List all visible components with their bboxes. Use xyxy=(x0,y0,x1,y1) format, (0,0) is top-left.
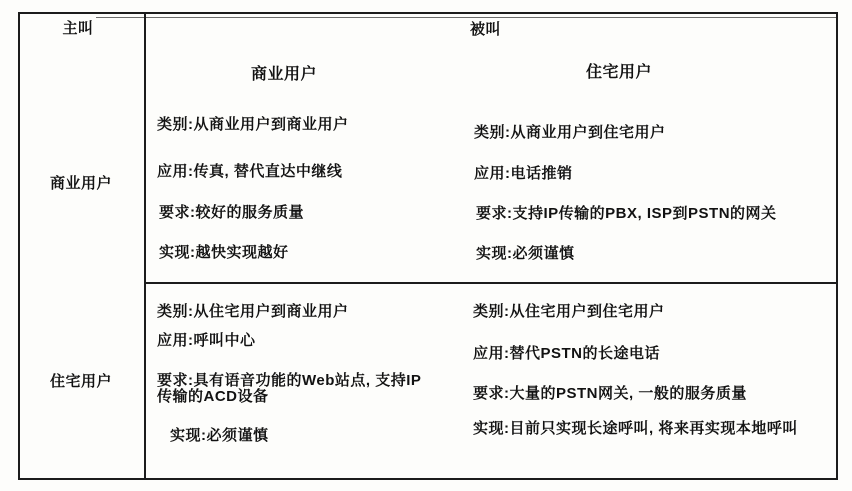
cell-line-requirement: 要求:大量的PSTN网关, 一般的服务质量 xyxy=(473,385,747,403)
cell-line-requirement: 要求:支持IP传输的PBX, ISP到PSTN的网关 xyxy=(476,205,777,223)
top-rule-artifact xyxy=(96,17,836,18)
cell-line-implementation: 实现:越快实现越好 xyxy=(159,244,289,262)
column-header-residential: 住宅用户 xyxy=(586,64,652,82)
cell-line-application: 应用:替代PSTN的长途电话 xyxy=(473,345,660,363)
cell-line-requirement: 要求:较好的服务质量 xyxy=(159,204,304,222)
cell-line-category: 类别:从住宅用户到商业用户 xyxy=(157,303,349,321)
cell-line-category: 类别:从住宅用户到住宅用户 xyxy=(473,303,665,321)
callee-header-label: 被叫 xyxy=(470,21,501,39)
cell-line-implementation: 实现:必须谨慎 xyxy=(476,245,575,263)
cell-line-implementation: 实现:目前只实现长途呼叫, 将来再实现本地呼叫 xyxy=(473,420,798,438)
column-header-business: 商业用户 xyxy=(251,66,317,84)
cell-line-implementation: 实现:必须谨慎 xyxy=(170,427,269,445)
scanned-table-page: 主叫 被叫 商业用户 住宅用户 商业用户 住宅用户 类别:从商业用户到商业用户 … xyxy=(0,0,852,491)
cell-line-application: 应用:呼叫中心 xyxy=(157,332,256,350)
caller-header-label: 主叫 xyxy=(18,20,138,38)
row-header-residential: 住宅用户 xyxy=(18,373,144,391)
cell-line-category: 类别:从商业用户到商业用户 xyxy=(157,116,349,134)
cell-line-requirement: 要求:具有语音功能的Web站点, 支持IP传输的ACD设备 xyxy=(157,373,429,405)
cell-line-category: 类别:从商业用户到住宅用户 xyxy=(474,124,666,142)
horizontal-divider xyxy=(146,282,838,284)
table-frame xyxy=(18,12,838,480)
cell-line-application: 应用:电话推销 xyxy=(474,165,573,183)
cell-line-application: 应用:传真, 替代直达中继线 xyxy=(157,163,342,181)
row-header-business: 商业用户 xyxy=(18,175,144,193)
vertical-divider xyxy=(144,12,146,480)
